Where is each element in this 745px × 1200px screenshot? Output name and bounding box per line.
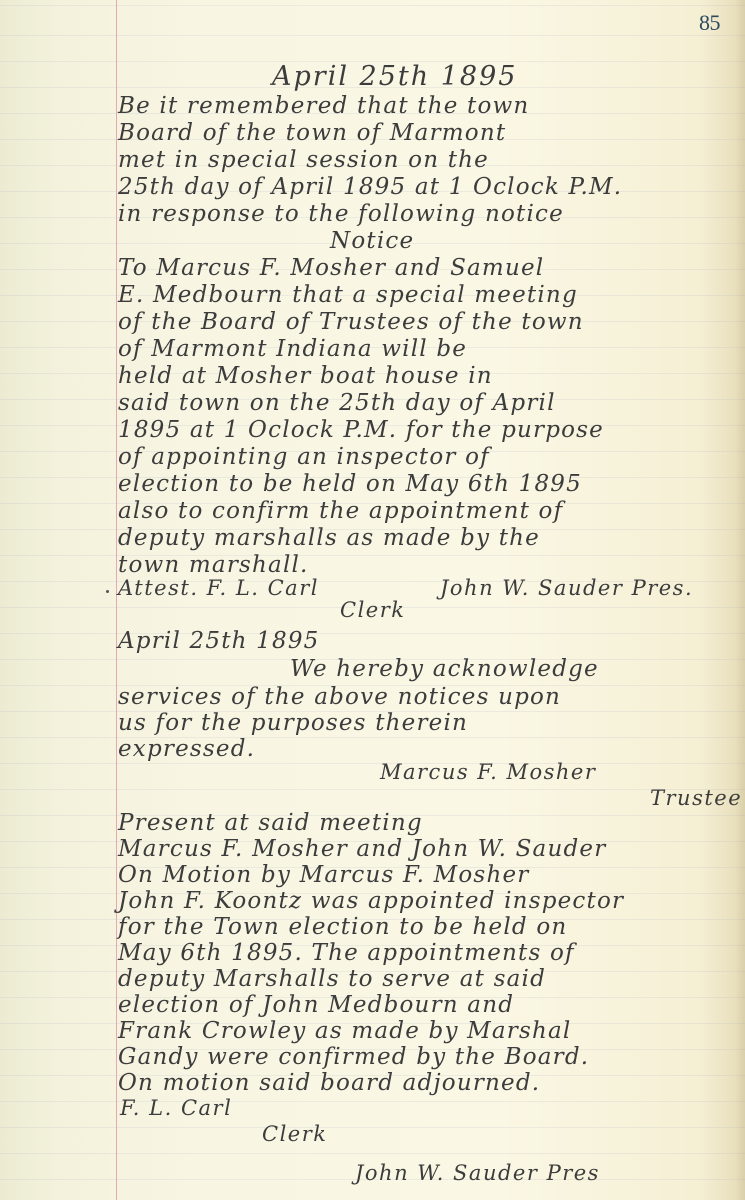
meeting-line: John F. Koontz was appointed inspector xyxy=(118,890,624,913)
president-signature: John W. Sauder Pres xyxy=(355,1163,600,1184)
clerk-title: Clerk xyxy=(262,1124,327,1145)
notice-line: election to be held on May 6th 1895 xyxy=(118,473,582,496)
trustee-title: Trustee xyxy=(650,788,742,809)
meeting-line: Gandy were confirmed by the Board. xyxy=(118,1046,589,1069)
meeting-line: for the Town election to be held on xyxy=(118,916,567,939)
minutes-line: met in special session on the xyxy=(118,149,489,172)
meeting-line: On Motion by Marcus F. Mosher xyxy=(118,864,529,887)
notice-line: E. Medbourn that a special meeting xyxy=(118,284,578,307)
ink-dot xyxy=(106,590,109,593)
notice-line: To Marcus F. Mosher and Samuel xyxy=(118,257,544,280)
meeting-line: election of John Medbourn and xyxy=(118,994,514,1017)
acknowledgement-line: We hereby acknowledge xyxy=(290,658,599,681)
meeting-line: Marcus F. Mosher and John W. Sauder xyxy=(118,838,606,861)
notice-line: of appointing an inspector of xyxy=(118,446,490,469)
clerk-signature: F. L. Carl xyxy=(120,1098,232,1119)
margin-rule xyxy=(116,0,117,1200)
meeting-line: May 6th 1895. The appointments of xyxy=(118,942,575,965)
notice-title: Notice xyxy=(330,230,414,253)
notice-line: held at Mosher boat house in xyxy=(118,365,493,388)
page-number: 85 xyxy=(699,10,720,36)
notice-line: of the Board of Trustees of the town xyxy=(118,311,584,334)
notice-line: town marshall. xyxy=(118,554,309,577)
notice-line: said town on the 25th day of April xyxy=(118,392,556,415)
minutes-line: Be it remembered that the town xyxy=(118,95,529,118)
minutes-line: Board of the town of Marmont xyxy=(118,122,506,145)
notice-line: deputy marshalls as made by the xyxy=(118,527,540,550)
notice-line: also to confirm the appointment of xyxy=(118,500,563,523)
minutes-line: in response to the following notice xyxy=(118,203,564,226)
acknowledgement-line: expressed. xyxy=(118,738,255,761)
president-signature-notice: John W. Sauder Pres. xyxy=(440,578,693,599)
minutes-line: 25th day of April 1895 at 1 Oclock P.M. xyxy=(118,176,622,199)
minutes-heading: April 25th 1895 xyxy=(272,63,517,90)
acknowledgement-date: April 25th 1895 xyxy=(118,630,320,653)
trustee-signature: Marcus F. Mosher xyxy=(380,762,596,783)
ledger-page: 85 April 25th 1895 Be it remembered that… xyxy=(0,0,745,1200)
meeting-line: On motion said board adjourned. xyxy=(118,1072,540,1095)
meeting-line: Frank Crowley as made by Marshal xyxy=(118,1020,572,1043)
meeting-line: Present at said meeting xyxy=(118,812,423,835)
notice-line: of Marmont Indiana will be xyxy=(118,338,467,361)
acknowledgement-line: services of the above notices upon xyxy=(118,686,561,709)
attest-signature: Attest. F. L. Carl xyxy=(118,578,319,599)
notice-line: 1895 at 1 Oclock P.M. for the purpose xyxy=(118,419,604,442)
acknowledgement-line: us for the purposes therein xyxy=(118,712,468,735)
meeting-line: deputy Marshalls to serve at said xyxy=(118,968,546,991)
attest-clerk-title: Clerk xyxy=(340,600,405,621)
